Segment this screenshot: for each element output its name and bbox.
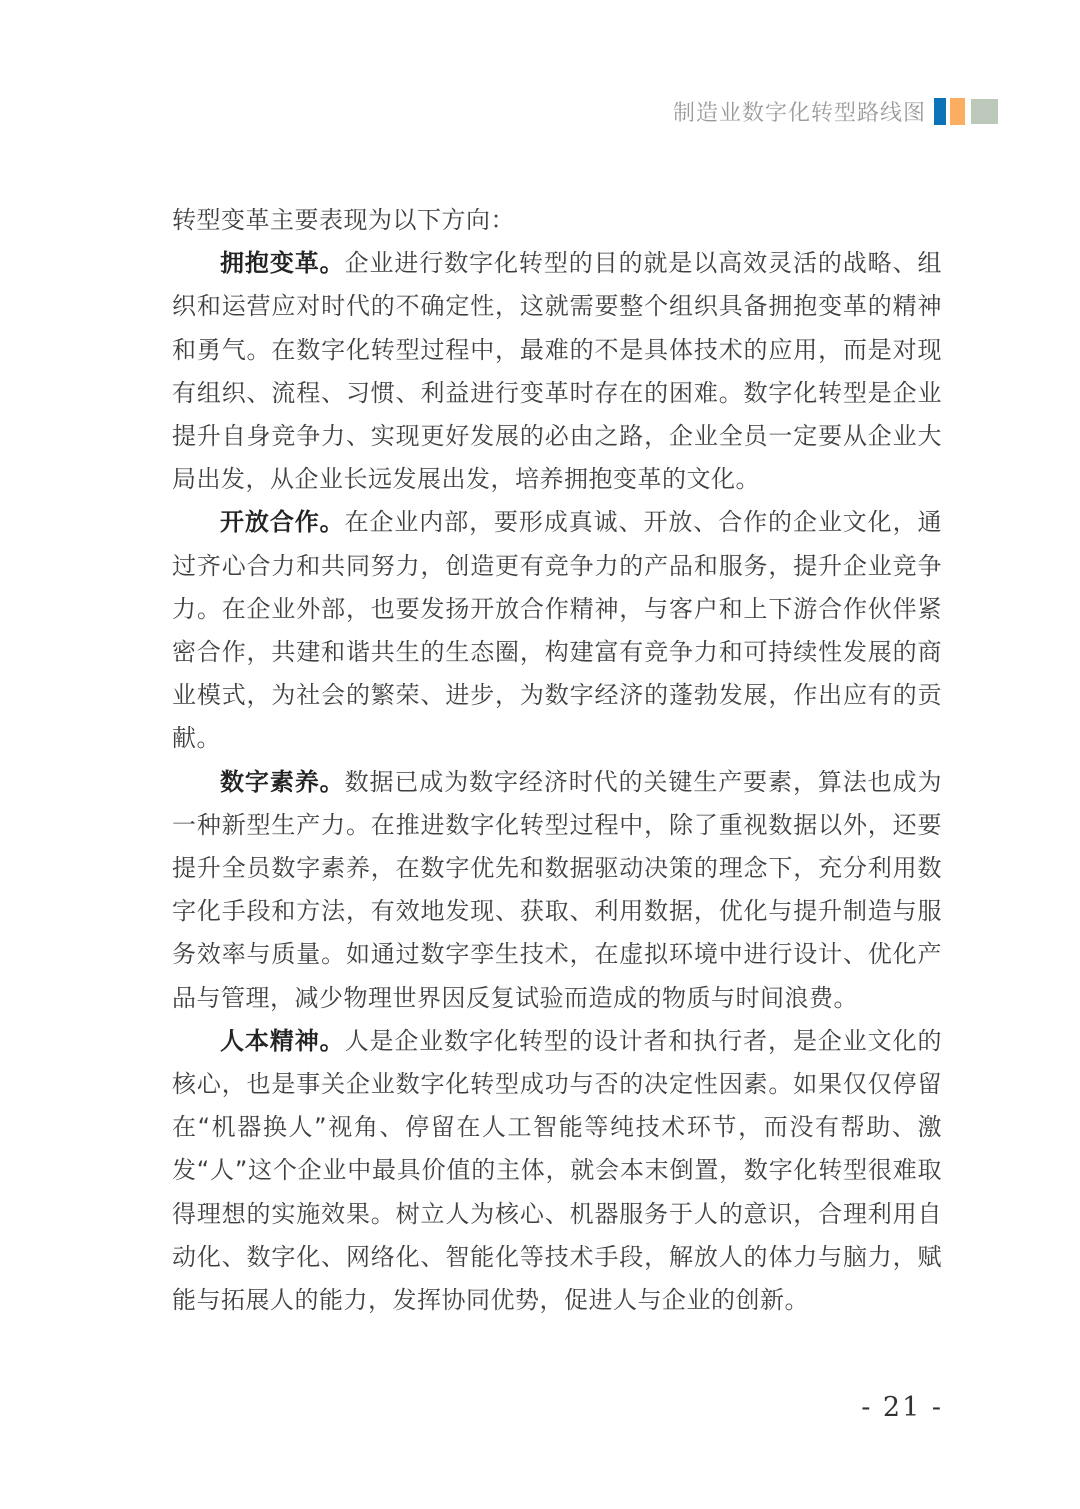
paragraph-humanistic-spirit: 人本精神。人是企业数字化转型的设计者和执行者，是企业文化的核心，也是事关企业数字…	[172, 1020, 942, 1322]
paragraph-text: 在企业内部，要形成真诚、开放、合作的企业文化，通过齐心合力和共同努力，创造更有竞…	[172, 508, 942, 752]
paragraph-digital-literacy: 数字素养。数据已成为数字经济时代的关键生产要素，算法也成为一种新型生产力。在推进…	[172, 761, 942, 1020]
running-head-title: 制造业数字化转型路线图	[673, 96, 926, 127]
paragraph-lead: 人本精神。	[220, 1027, 345, 1055]
header-blue-square-icon	[934, 98, 946, 125]
paragraph-intro: 转型变革主要表现为以下方向：	[172, 199, 942, 242]
header-orange-square-icon	[950, 98, 965, 125]
page-header: 制造业数字化转型路线图	[673, 96, 998, 127]
paragraph-lead: 拥抱变革。	[220, 249, 345, 277]
document-page: 制造业数字化转型路线图 转型变革主要表现为以下方向： 拥抱变革。企业进行数字化转…	[0, 0, 1080, 1509]
header-green-square-icon	[971, 99, 998, 124]
page-footer: - 21 -	[861, 1392, 943, 1423]
paragraph-lead: 数字素养。	[220, 768, 345, 796]
paragraph-text: 人是企业数字化转型的设计者和执行者，是企业文化的核心，也是事关企业数字化转型成功…	[172, 1027, 942, 1314]
paragraph-embrace-change: 拥抱变革。企业进行数字化转型的目的就是以高效灵活的战略、组织和运营应对时代的不确…	[172, 242, 942, 501]
paragraph-lead: 开放合作。	[220, 508, 345, 536]
page-number: - 21 -	[861, 1392, 943, 1423]
page-body: 转型变革主要表现为以下方向： 拥抱变革。企业进行数字化转型的目的就是以高效灵活的…	[172, 199, 942, 1322]
paragraph-text: 数据已成为数字经济时代的关键生产要素，算法也成为一种新型生产力。在推进数字化转型…	[172, 768, 942, 1012]
paragraph-open-cooperation: 开放合作。在企业内部，要形成真诚、开放、合作的企业文化，通过齐心合力和共同努力，…	[172, 501, 942, 760]
paragraph-text: 企业进行数字化转型的目的就是以高效灵活的战略、组织和运营应对时代的不确定性，这就…	[172, 249, 942, 493]
